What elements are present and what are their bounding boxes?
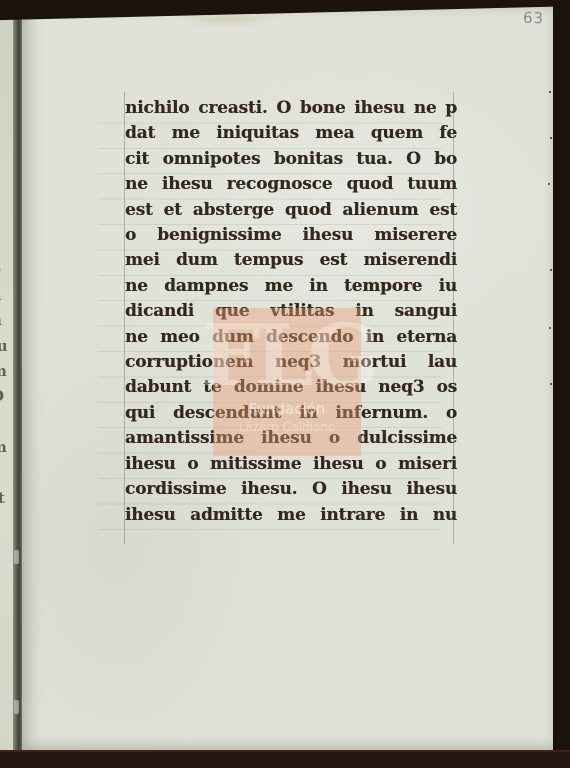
text-line: est et absterge quod alienum est bbox=[125, 198, 457, 223]
edge-glyph: i bbox=[0, 410, 13, 435]
text-line: dat me iniquitas mea quem fe bbox=[125, 121, 457, 146]
text-line: dabunt te domine ihesu neq3 os bbox=[125, 375, 457, 400]
text-line: cit omnipotes bonitas tua. O bo bbox=[125, 147, 457, 172]
edge-specks bbox=[549, 91, 551, 93]
edge-glyph: s bbox=[0, 461, 13, 486]
edge-glyph: e bbox=[0, 511, 13, 536]
edge-glyph: tt bbox=[0, 486, 13, 511]
manuscript-text-block: nichilo creasti. O bone ihesu ne p dat m… bbox=[125, 96, 457, 528]
sewing-station-mark bbox=[14, 700, 19, 714]
text-line: ihesu o mitissime ihesu o miseri bbox=[125, 452, 457, 477]
facing-page-edge: r o d h lu m O i m s tt e bbox=[0, 4, 13, 752]
binding-gutter bbox=[13, 4, 22, 752]
edge-glyph: lu bbox=[0, 334, 13, 359]
edge-glyph: h bbox=[0, 308, 13, 333]
sewing-station-mark bbox=[14, 550, 19, 564]
text-line: nichilo creasti. O bone ihesu ne p bbox=[125, 96, 457, 121]
text-line: ne dampnes me in tempore iu bbox=[125, 274, 457, 299]
edge-glyph: o bbox=[0, 257, 13, 282]
text-line: qui descendunt in infernum. o bbox=[125, 401, 457, 426]
text-line: mei dum tempus est miserendi bbox=[125, 248, 457, 273]
text-line: corruptionem neq3 mortui lau bbox=[125, 350, 457, 375]
text-line: cordissime ihesu. O ihesu ihesu bbox=[125, 477, 457, 502]
manuscript-photo: r o d h lu m O i m s tt e 63 nichilo cre… bbox=[0, 0, 570, 768]
edge-glyph: m bbox=[0, 435, 13, 460]
edge-glyph: m bbox=[0, 359, 13, 384]
parchment-page: 63 nichilo creasti. O bone ihesu ne p da… bbox=[22, 6, 553, 750]
text-line: o benignissime ihesu miserere bbox=[125, 223, 457, 248]
text-line: dicandi que vtilitas in sangui bbox=[125, 299, 457, 324]
edge-glyph: O bbox=[0, 384, 13, 409]
edge-glyph: d bbox=[0, 283, 13, 308]
folio-number: 63 bbox=[523, 9, 545, 28]
text-line: amantissime ihesu o dulcissime bbox=[125, 426, 457, 451]
text-line: ihesu admitte me intrare in nu bbox=[125, 503, 457, 528]
facing-page-partial-text: r o d h lu m O i m s tt e bbox=[0, 232, 13, 537]
text-line: ne meo dum descendo in eterna bbox=[125, 325, 457, 350]
photo-mat-bottom-edge bbox=[0, 750, 570, 768]
text-line: ne ihesu recognosce quod tuum bbox=[125, 172, 457, 197]
edge-glyph: r bbox=[0, 232, 13, 257]
